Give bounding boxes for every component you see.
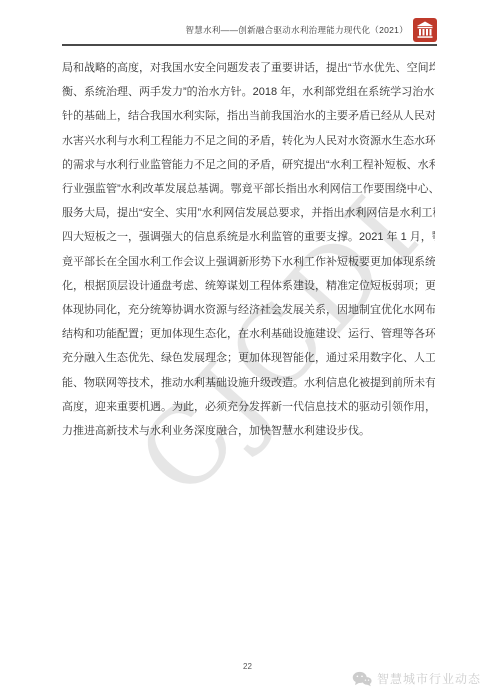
body-text-line: 能、物联网等技术，推动水利基础设施升级改造。水利信息化被提到前所未有的 [62, 371, 435, 395]
body-text-line: 结构和功能配置；更加体现生态化，在水利基础设施建设、运行、管理等各环节 [62, 322, 435, 346]
header-title: 智慧水利——创新融合驱动水利治理能力现代化（2021） [185, 24, 408, 36]
body-text-line: 竟平部长在全国水利工作会议上强调新形势下水利工作补短板要更加体现系统 [62, 250, 435, 274]
body-text-block: 局和战略的高度，对我国水安全问题发表了重要讲话，提出“节水优先、空间均衡、系统治… [62, 56, 435, 443]
body-text-line: 局和战略的高度，对我国水安全问题发表了重要讲话，提出“节水优先、空间均 [62, 56, 435, 80]
header-rule [62, 44, 437, 46]
page-header: 智慧水利——创新融合驱动水利治理能力现代化（2021） [62, 0, 437, 46]
body-text-line: 充分融入生态优先、绿色发展理念；更加体现智能化，通过采用数字化、人工智 [62, 346, 435, 370]
body-text-line: 的需求与水利行业监管能力不足之间的矛盾，研究提出“水利工程补短板、水利 [62, 153, 435, 177]
body-text-line: 行业强监管”水利改革发展总基调。鄂竟平部长指出水利网信工作要围绕中心、 [62, 177, 435, 201]
body-text-line: 水害兴水利与水利工程能力不足之间的矛盾，转化为人民对水资源水生态水环境 [62, 129, 435, 153]
body-text-line: 高度，迎来重要机遇。为此，必须充分发挥新一代信息技术的驱动引领作用，大 [62, 395, 435, 419]
body-text-line: 体现协同化，充分统筹协调水资源与经济社会发展关系，因地制宜优化水网布局 [62, 298, 435, 322]
body-text-line: 力推进高新技术与水利业务深度融合，加快智慧水利建设步伐。 [62, 419, 435, 443]
footer-brand-label: 智慧城市行业动态 [377, 670, 481, 687]
wechat-icon [352, 671, 372, 687]
document-page: 智慧水利——创新融合驱动水利治理能力现代化（2021） CJCDI 局和战略的高… [0, 0, 495, 700]
body-text-line: 化，根据顶层设计通盘考虑、统筹谋划工程体系建设，精准定位短板弱项；更加 [62, 274, 435, 298]
body-text-line: 衡、系统治理、两手发力”的治水方针。2018 年，水利部党组在系统学习治水方 [62, 80, 435, 104]
footer-brand: 智慧城市行业动态 [352, 670, 481, 687]
body-text-line: 针的基础上，结合我国水利实际，指出当前我国治水的主要矛盾已经从人民对除 [62, 104, 435, 128]
body-text-line: 服务大局，提出“安全、实用”水利网信发展总要求，并指出水利网信是水利工程 [62, 201, 435, 225]
body-text-line: 四大短板之一，强调强大的信息系统是水利监管的重要支撑。2021 年 1 月，鄂 [62, 225, 435, 249]
classical-building-icon [413, 18, 437, 42]
